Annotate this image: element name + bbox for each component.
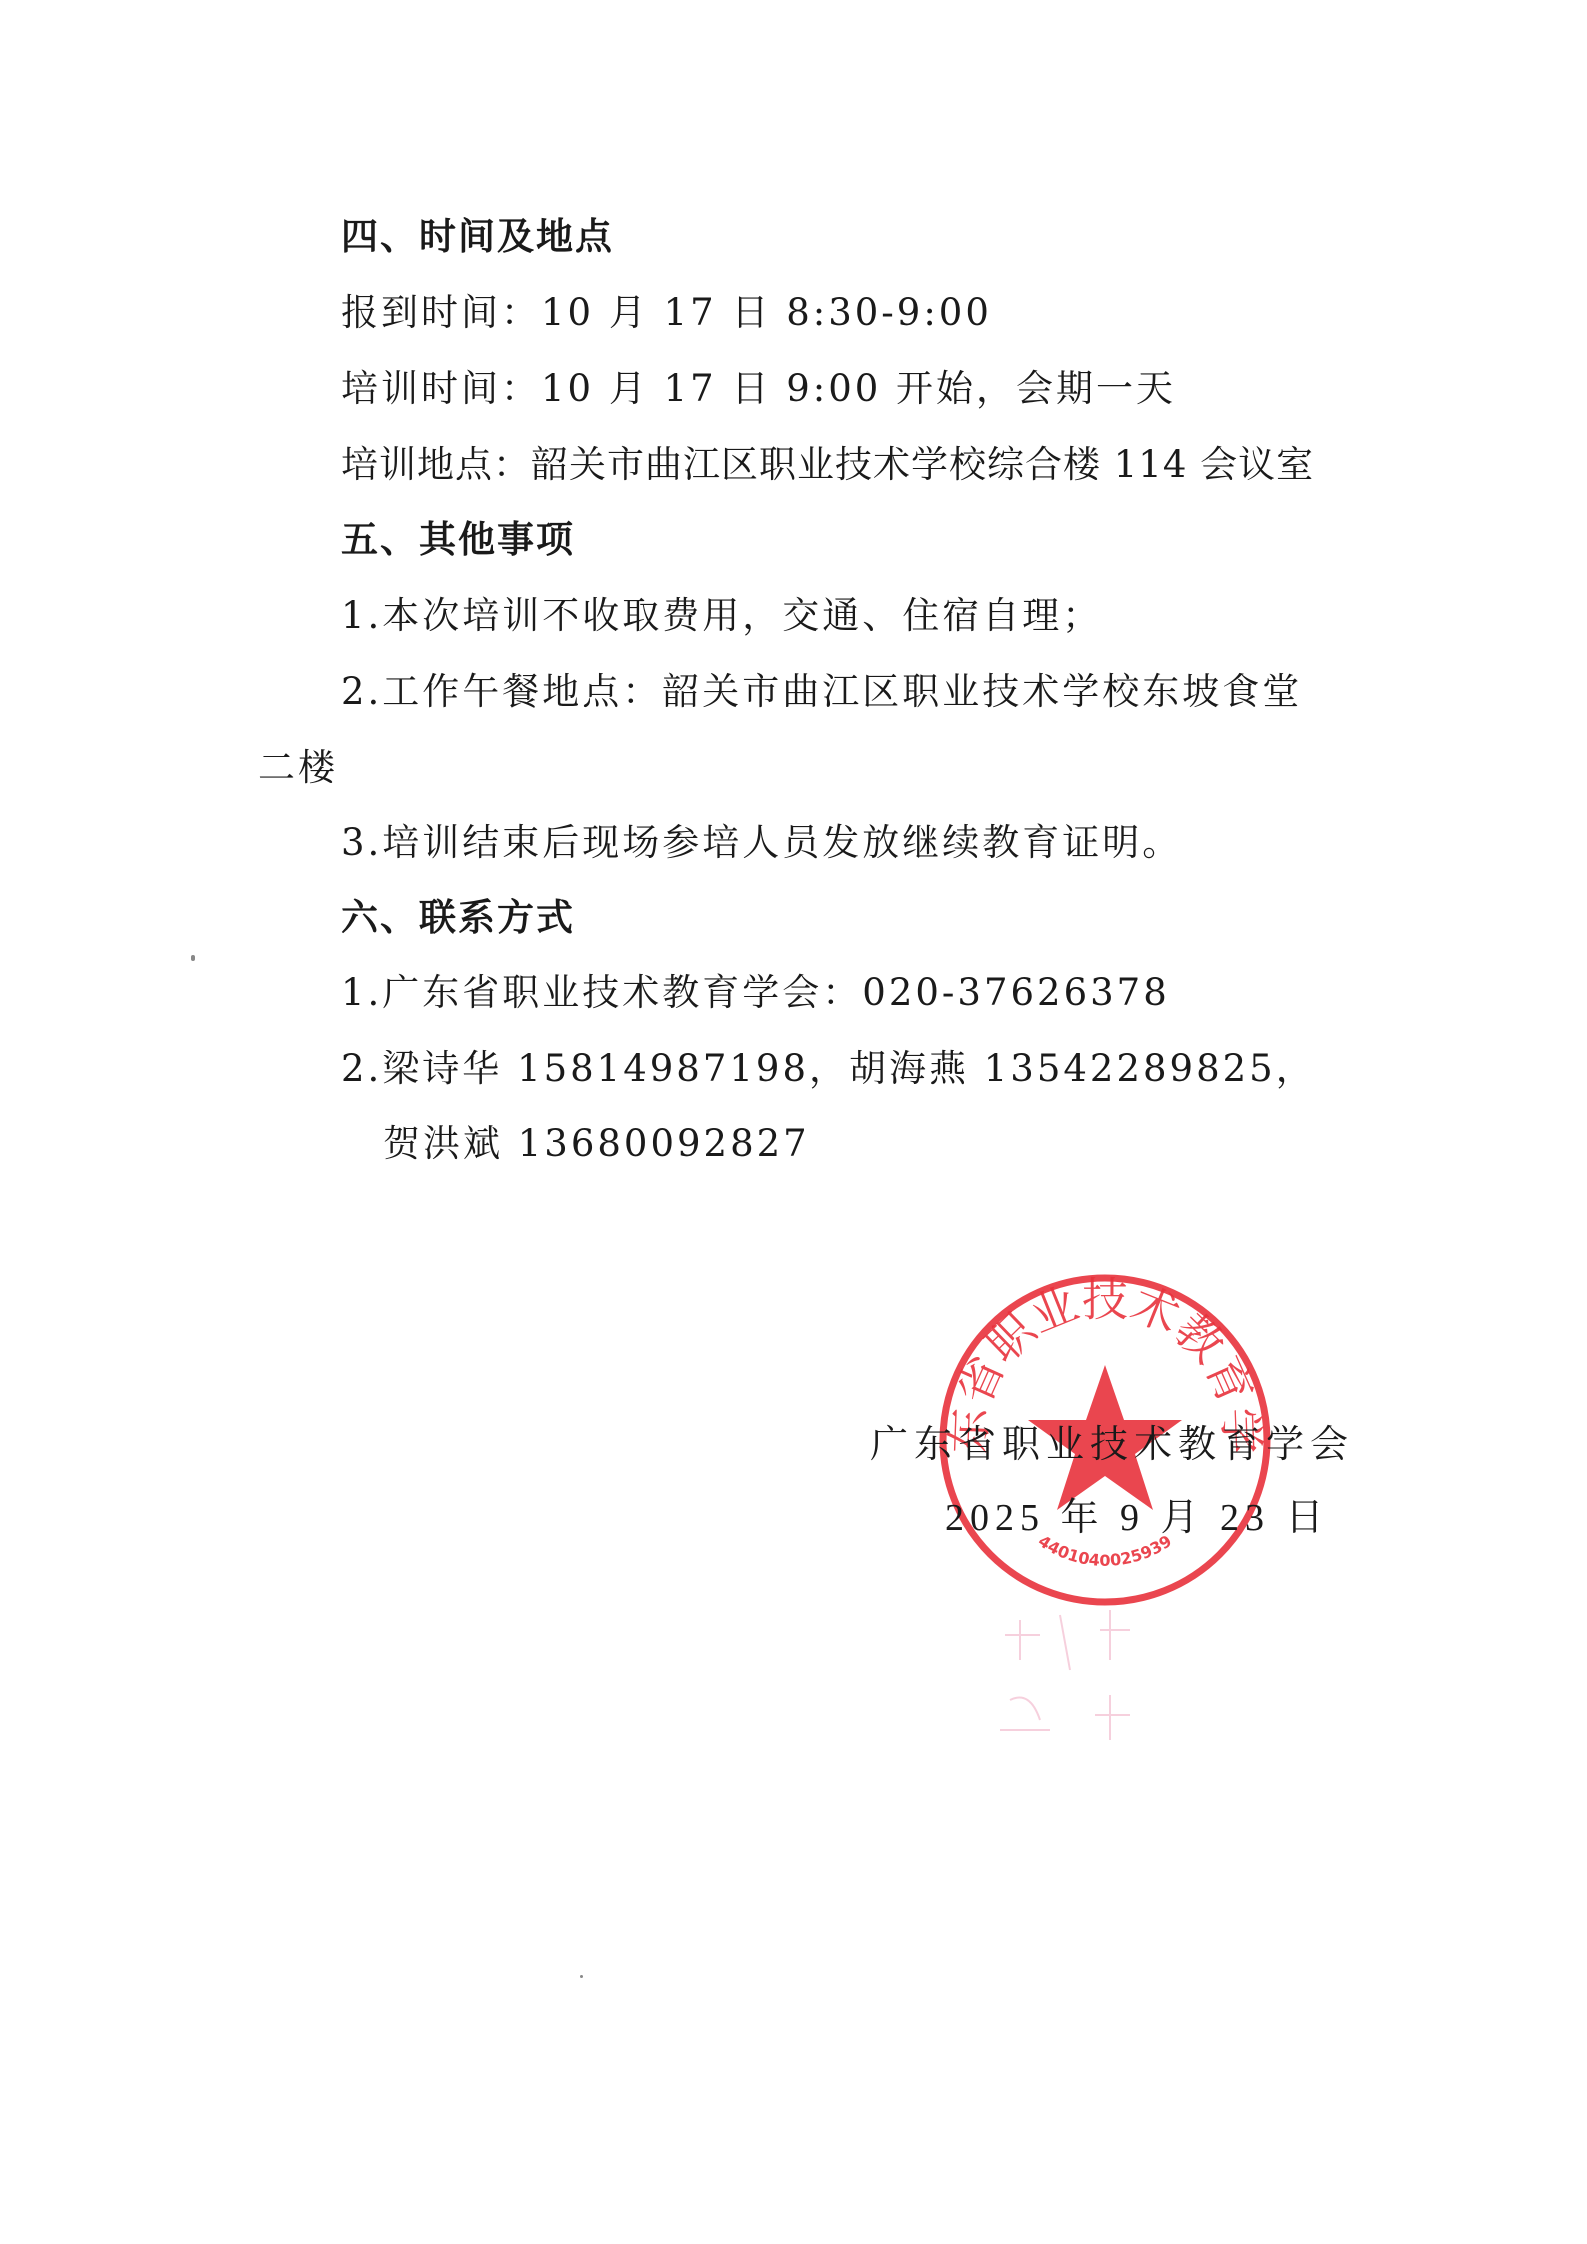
registration-time: 报到时间：10 月 17 日 8:30-9:00 [341,288,992,338]
section-heading-other-matters: 五、其他事项 [341,515,575,565]
bleed-through-marks [960,1600,1150,1750]
other-item-1: 1.本次培训不收取费用，交通、住宿自理； [341,591,1102,641]
signature-date: 2025 年 9 月 23 日 [945,1486,1330,1541]
other-item-2: 2.工作午餐地点：韶关市曲江区职业技术学校东坡食堂 [341,667,1302,717]
section-heading-contact: 六、联系方式 [341,893,575,943]
training-location: 培训地点：韶关市曲江区职业技术学校综合楼 114 会议室 [341,440,1314,490]
contact-item-2-continued: 贺洪斌 13680092827 [383,1119,810,1169]
scan-speck [580,1975,583,1978]
other-item-3: 3.培训结束后现场参培人员发放继续教育证明。 [341,818,1182,868]
contact-item-2: 2.梁诗华 15814987198，胡海燕 13542289825， [341,1044,1316,1094]
section-heading-time-location: 四、时间及地点 [341,212,614,262]
other-item-2-continued: 二楼 [258,743,338,793]
training-time: 培训时间：10 月 17 日 9:00 开始，会期一天 [341,364,1176,414]
signature-organization: 广东省职业技术教育学会 [870,1413,1354,1468]
scan-speck [191,955,195,961]
contact-item-1: 1.广东省职业技术教育学会：020-37626378 [341,968,1170,1018]
